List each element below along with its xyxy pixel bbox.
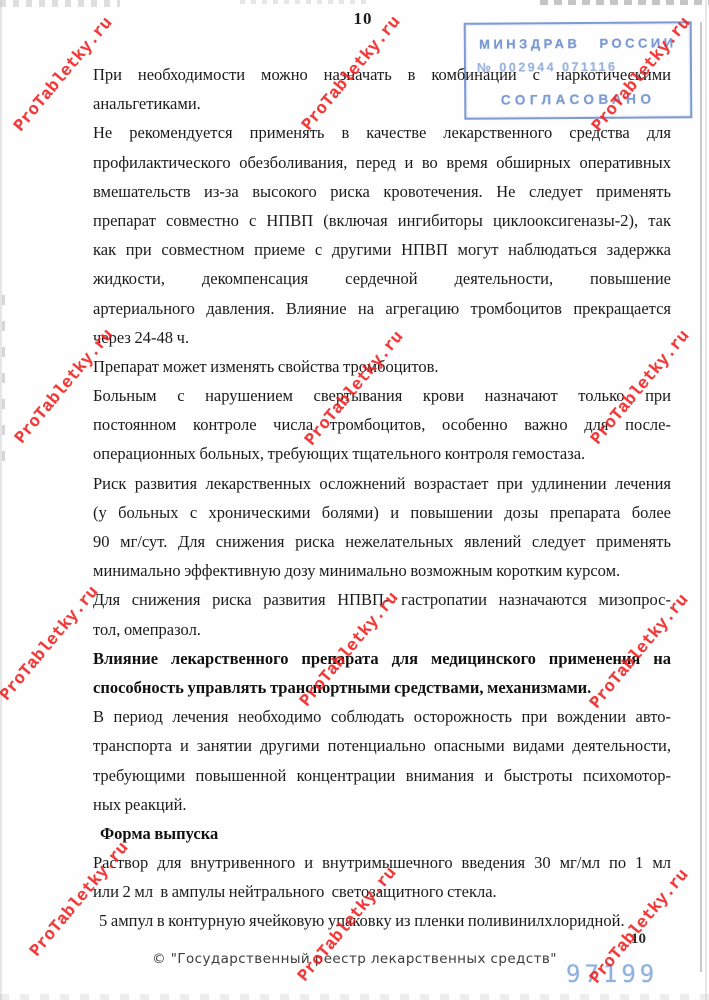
scan-artifact xyxy=(240,0,370,4)
text-line: При необходимости можно назначать в комб… xyxy=(93,60,671,89)
text-line: жидкости, декомпенсация сердечной деятел… xyxy=(93,264,671,293)
text-line: операционных больных, требующих тщательн… xyxy=(93,439,671,468)
scan-edge-line xyxy=(0,0,2,1000)
text-line: вмешательств из-за высокого риска кровот… xyxy=(93,177,671,206)
text-line: постоянном контроле числа тромбоцитов, о… xyxy=(93,410,671,439)
text-line: артериального давления. Влияние на агрег… xyxy=(93,294,671,323)
scan-artifact xyxy=(0,0,120,7)
scanned-page: 10 МИНЗДРАВ РОССИИ № 002944 071116 СОГЛА… xyxy=(0,0,709,1000)
text-line: профилактического обезболивания, перед и… xyxy=(93,148,671,177)
text-line: минимально эффективную дозу минимально в… xyxy=(93,556,671,585)
text-line: Риск развития лекарственных осложнений в… xyxy=(93,469,671,498)
page-number-top: 10 xyxy=(343,9,383,29)
text-line: требующими повышенной концентрации внима… xyxy=(93,761,671,790)
text-line: 5 ампул в контурную ячейковую упаковку и… xyxy=(93,906,671,935)
text-line: ных реакций. xyxy=(93,790,671,819)
text-line: Не рекомендуется применять в качестве ле… xyxy=(93,118,671,147)
text-line: Больным с нарушением свертывания крови н… xyxy=(93,381,671,410)
text-line: (у больных с хроническими болями) и повы… xyxy=(93,498,671,527)
document-text: При необходимости можно назначать в комб… xyxy=(93,60,671,936)
text-line: Влияние лекарственного препарата для мед… xyxy=(93,644,671,673)
text-line: как при совместном приеме с другими НПВП… xyxy=(93,235,671,264)
text-line: Форма выпуска xyxy=(93,819,671,848)
scan-artifact xyxy=(540,0,709,5)
text-line: 90 мг/сут. Для снижения риска нежелатель… xyxy=(93,527,671,556)
text-line: способность управлять транспортными сред… xyxy=(93,673,671,702)
scan-artifact xyxy=(0,994,709,1000)
protabletky-watermark: ProTabletky.ru xyxy=(0,583,103,705)
scan-edge-line xyxy=(700,22,702,972)
text-line: препарат совместно с НПВП (включая ингиб… xyxy=(93,206,671,235)
scan-artifact xyxy=(2,295,5,470)
scan-edge-line xyxy=(705,0,707,1000)
text-line: анальгетиками. xyxy=(93,89,671,118)
text-line: транспорта и занятии другими потенциальн… xyxy=(93,731,671,760)
text-line: В период лечения необходимо соблюдать ос… xyxy=(93,702,671,731)
